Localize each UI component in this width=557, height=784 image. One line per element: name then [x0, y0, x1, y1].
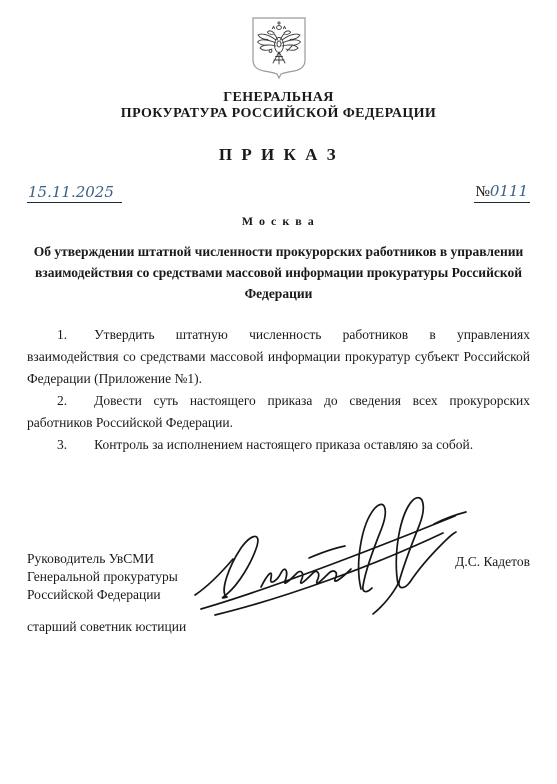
order-item-3-text: Контроль за исполнением настоящего прика… — [94, 437, 473, 452]
signer-position-line3: Российской Федерации — [27, 586, 217, 604]
date-field: 15.11.2025 — [27, 183, 122, 203]
number-field: №0111 — [474, 182, 531, 203]
order-item-3-number: 3. — [57, 437, 67, 452]
order-item-1-number: 1. — [57, 327, 67, 342]
org-name: ГЕНЕРАЛЬНАЯ ПРОКУРАТУРА РОССИЙСКОЙ ФЕДЕР… — [27, 90, 530, 121]
signer-position-line2: Генеральной прокуратуры — [27, 568, 217, 586]
org-name-line1: ГЕНЕРАЛЬНАЯ — [27, 90, 530, 106]
order-body: 1.Утвердить штатную численность работник… — [27, 324, 530, 456]
handwritten-signature-icon — [193, 494, 469, 620]
order-item-2: 2.Довести суть настоящего приказа до све… — [27, 390, 530, 434]
date-number-row: 15.11.2025 №0111 — [27, 182, 530, 203]
signer-position-line1: Руководитель УвСМИ — [27, 550, 217, 568]
order-item-1: 1.Утвердить штатную численность работник… — [27, 324, 530, 390]
city-line: М о с к в а — [27, 214, 530, 229]
emblem-container — [27, 16, 530, 82]
number-sign: № — [476, 184, 490, 200]
coat-of-arms-russia-double-headed-eagle-icon — [250, 16, 308, 80]
signer-rank: старший советник юстиции — [27, 618, 217, 636]
order-subject: Об утверждении штатной численности проку… — [27, 241, 530, 304]
document-type-title: П Р И К А З — [27, 145, 530, 165]
order-item-2-text: Довести суть настоящего приказа до сведе… — [27, 393, 530, 430]
order-item-3: 3.Контроль за исполнением настоящего при… — [27, 434, 530, 456]
signer-position: Руководитель УвСМИ Генеральной прокурату… — [27, 550, 217, 636]
order-item-2-number: 2. — [57, 393, 67, 408]
number-value: 0111 — [490, 182, 528, 200]
signature-block: Руководитель УвСМИ Генеральной прокурату… — [27, 550, 530, 680]
document-page: ГЕНЕРАЛЬНАЯ ПРОКУРАТУРА РОССИЙСКОЙ ФЕДЕР… — [0, 0, 557, 784]
order-item-1-text: Утвердить штатную численность работников… — [27, 327, 530, 386]
org-name-line2: ПРОКУРАТУРА РОССИЙСКОЙ ФЕДЕРАЦИИ — [27, 106, 530, 122]
signer-name: Д.С. Кадетов — [455, 553, 530, 571]
spacer — [27, 604, 217, 618]
